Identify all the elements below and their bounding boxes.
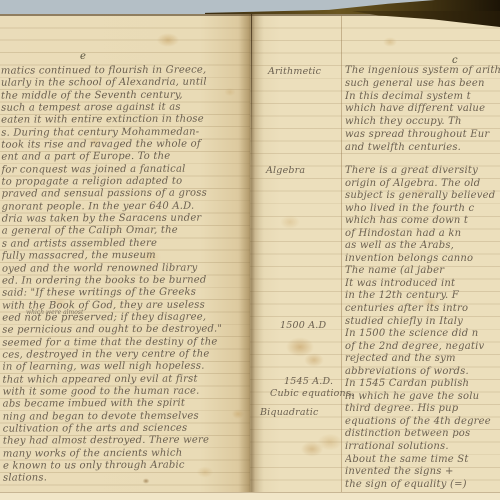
margin-note-biquadratic: Biquadratic: [260, 407, 319, 418]
gutter-crease: [251, 14, 252, 164]
arithmetic-paragraph: The ingenious system of arithmetisuch ge…: [345, 65, 500, 161]
manuscript-line: seemed for a time that the destiny of th…: [2, 336, 248, 350]
manuscript-line: and twelfth centuries.: [345, 142, 500, 155]
left-page-handwriting: matics continued to flourish in Greece,u…: [1, 64, 249, 493]
manuscript-line: The ingenious system of arithmeti: [345, 65, 500, 78]
manuscript-line: which has come down t: [345, 215, 500, 228]
manuscript-line: which they occupy. Th: [345, 116, 500, 129]
manuscript-line: in the 12th century. F: [345, 290, 500, 303]
manuscript-line: invention belongs canno: [345, 253, 500, 266]
manuscript-line: subject is generally believed: [345, 190, 500, 203]
manuscript-line: rejected and the sym: [345, 353, 500, 366]
manuscript-line: In 1500 the science did n: [345, 328, 500, 341]
manuscript-line: In 1545 Cardan publish: [345, 378, 500, 391]
manuscript-line: slations.: [3, 472, 249, 486]
manuscript-line: of the 2nd degree, negativ: [345, 341, 500, 354]
manuscript-line: distinction between pos: [345, 428, 500, 441]
manuscript-line: In this decimal system t: [345, 91, 500, 104]
manuscript-line: centuries after its intro: [345, 303, 500, 316]
manuscript-line: in which he gave the solu: [345, 391, 500, 404]
manuscript-line: as well as the Arabs,: [345, 240, 500, 253]
manuscript-line: equations of the 4th degree: [345, 416, 500, 429]
manuscript-line: who lived in the fourth c: [345, 203, 500, 216]
manuscript-line: There is a great diversity: [345, 165, 500, 178]
manuscript-line: It was introduced int: [345, 278, 500, 291]
manuscript-line: such general use has been: [345, 78, 500, 91]
manuscript-line: origin of Algebra. The old: [345, 178, 500, 191]
margin-note-1500-ad: 1500 A.D: [280, 320, 326, 331]
manuscript-line: third degree. His pup: [345, 403, 500, 416]
margin-note-cubic-equations: Cubic equations.: [270, 388, 354, 399]
margin-note-arithmetic: Arithmetic: [268, 66, 321, 77]
manuscript-line: About the same time St: [345, 454, 500, 467]
manuscript-line: which have different value: [345, 103, 500, 116]
interline-insertion: which were almost: [26, 309, 83, 316]
manuscript-line: the sign of equality (=): [345, 479, 500, 492]
manuscript-line: The name (al jaber: [345, 265, 500, 278]
manuscript-line: studied chiefly in Italy: [345, 316, 500, 329]
margin-note-algebra: Algebra: [266, 165, 305, 176]
margin-rule-line: [341, 15, 342, 494]
manuscript-line: se pernicious and ought to be destroyed.…: [2, 324, 248, 338]
manuscript-line: abbreviations of words.: [345, 366, 500, 379]
margin-note-1545-ad: 1545 A.D.: [284, 376, 333, 387]
algebra-paragraph: There is a great diversityorigin of Alge…: [345, 165, 500, 495]
open-notebook-photo: e c matics continued to flourish in Gree…: [0, 0, 500, 500]
manuscript-line: irrational solutions.: [345, 441, 500, 454]
page-edge-strip: [0, 492, 500, 500]
manuscript-line: was spread throughout Eur: [345, 129, 500, 142]
manuscript-line: of Hindostan had a kn: [345, 228, 500, 241]
left-page-corner-mark: e: [80, 51, 86, 62]
manuscript-line: invented the signs +: [345, 466, 500, 479]
